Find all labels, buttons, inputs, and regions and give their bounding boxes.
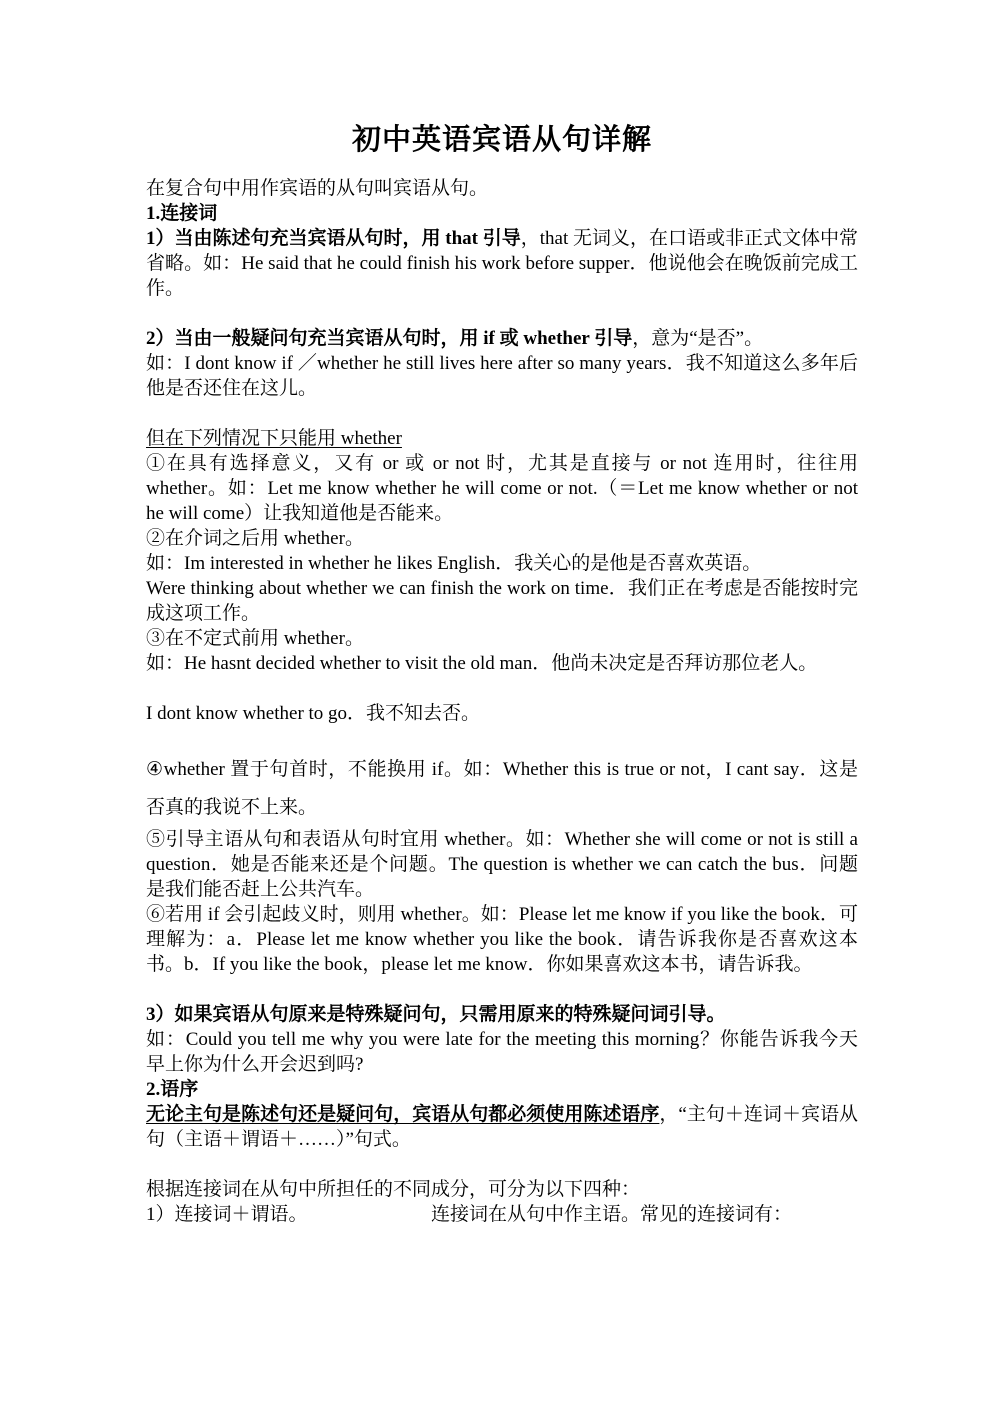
paragraph: 2）当由一般疑问句充当宾语从句时，用 if 或 whether 引导，意为“是否… xyxy=(146,326,858,351)
paragraph: ⑥若用 if 会引起歧义时，则用 whether。如：Please let me… xyxy=(146,902,858,977)
paragraph: 根据连接词在从句中所担任的不同成分，可分为以下四种： xyxy=(146,1177,858,1202)
paragraph: I dont know whether to go．我不知去否。 xyxy=(146,701,858,726)
text-run: 如：Im interested in whether he likes Engl… xyxy=(146,553,761,574)
paragraph: 2.语序 xyxy=(146,1077,858,1102)
text-run: 1）当由陈述句充当宾语从句时，用 that 引导 xyxy=(146,228,521,249)
text-run: I dont know whether to go．我不知去否。 xyxy=(146,703,480,724)
text-run: ②在介词之后用 whether。 xyxy=(146,528,364,549)
paragraph: ③在不定式前用 whether。 xyxy=(146,626,858,651)
blank-line xyxy=(146,401,858,426)
text-run: 1.连接词 xyxy=(146,203,217,224)
paragraph: 3）如果宾语从句原来是特殊疑问句，只需用原来的特殊疑问词引导。 xyxy=(146,1002,858,1027)
text-run: ③在不定式前用 whether。 xyxy=(146,628,364,649)
document-content: 初中英语宾语从句详解 在复合句中用作宾语的从句叫宾语从句。1.连接词1）当由陈述… xyxy=(146,120,858,1227)
paragraph: 1.连接词 xyxy=(146,201,858,226)
text-run: 如：Could you tell me why you were late fo… xyxy=(146,1029,858,1075)
text-run: 无论主句是陈述句还是疑问句，宾语从句都必须使用陈述语序 xyxy=(146,1104,659,1125)
page-title: 初中英语宾语从句详解 xyxy=(146,120,858,160)
document-page: 初中英语宾语从句详解 在复合句中用作宾语的从句叫宾语从句。1.连接词1）当由陈述… xyxy=(0,0,993,1404)
blank-line xyxy=(146,726,858,751)
paragraph: 如：I dont know if ／whether he still lives… xyxy=(146,351,858,401)
paragraph: 如：Im interested in whether he likes Engl… xyxy=(146,551,858,576)
text-run: ④whether 置于句首时，不能换用 if。如：Whether this is… xyxy=(146,759,858,818)
text-run: 1）连接词＋谓语。 连接词在从句中作主语。常见的连接词有： xyxy=(146,1204,792,1225)
text-run: ⑤引导主语从句和表语从句时宜用 whether。如：Whether she wi… xyxy=(146,829,858,900)
text-run: 3）如果宾语从句原来是特殊疑问句，只需用原来的特殊疑问词引导。 xyxy=(146,1004,726,1025)
text-run: ⑥若用 if 会引起歧义时，则用 whether。如：Please let me… xyxy=(146,904,858,975)
paragraph: 无论主句是陈述句还是疑问句，宾语从句都必须使用陈述语序，“主句＋连词＋宾语从句（… xyxy=(146,1102,858,1152)
paragraph: ②在介词之后用 whether。 xyxy=(146,526,858,551)
blank-line xyxy=(146,977,858,1002)
paragraph: ⑤引导主语从句和表语从句时宜用 whether。如：Whether she wi… xyxy=(146,827,858,902)
text-run: 在复合句中用作宾语的从句叫宾语从句。 xyxy=(146,178,488,199)
text-run: 如：He hasnt decided whether to visit the … xyxy=(146,653,817,674)
paragraph: 在复合句中用作宾语的从句叫宾语从句。 xyxy=(146,176,858,201)
text-run: Were thinking about whether we can finis… xyxy=(146,578,858,624)
paragraph: 1）连接词＋谓语。 连接词在从句中作主语。常见的连接词有： xyxy=(146,1202,858,1227)
paragraph: ④whether 置于句首时，不能换用 if。如：Whether this is… xyxy=(146,751,858,827)
text-run: 2.语序 xyxy=(146,1079,198,1100)
blank-line xyxy=(146,1152,858,1177)
text-run: 但在下列情况下只能用 whether xyxy=(146,428,402,449)
text-run: ①在具有选择意义，又有 or 或 or not 时，尤其是直接与 or not … xyxy=(146,453,858,524)
document-body: 在复合句中用作宾语的从句叫宾语从句。1.连接词1）当由陈述句充当宾语从句时，用 … xyxy=(146,176,858,1227)
paragraph: 如：Could you tell me why you were late fo… xyxy=(146,1027,858,1077)
text-run: 2）当由一般疑问句充当宾语从句时，用 if 或 whether 引导 xyxy=(146,328,632,349)
paragraph: 如：He hasnt decided whether to visit the … xyxy=(146,651,858,676)
paragraph: 但在下列情况下只能用 whether xyxy=(146,426,858,451)
paragraph: Were thinking about whether we can finis… xyxy=(146,576,858,626)
text-run: ，意为“是否”。 xyxy=(632,328,763,349)
paragraph: ①在具有选择意义，又有 or 或 or not 时，尤其是直接与 or not … xyxy=(146,451,858,526)
paragraph: 1）当由陈述句充当宾语从句时，用 that 引导，that 无词义，在口语或非正… xyxy=(146,226,858,301)
text-run: 如：I dont know if ／whether he still lives… xyxy=(146,353,858,399)
text-run: 根据连接词在从句中所担任的不同成分，可分为以下四种： xyxy=(146,1179,640,1200)
blank-line xyxy=(146,301,858,326)
blank-line xyxy=(146,676,858,701)
